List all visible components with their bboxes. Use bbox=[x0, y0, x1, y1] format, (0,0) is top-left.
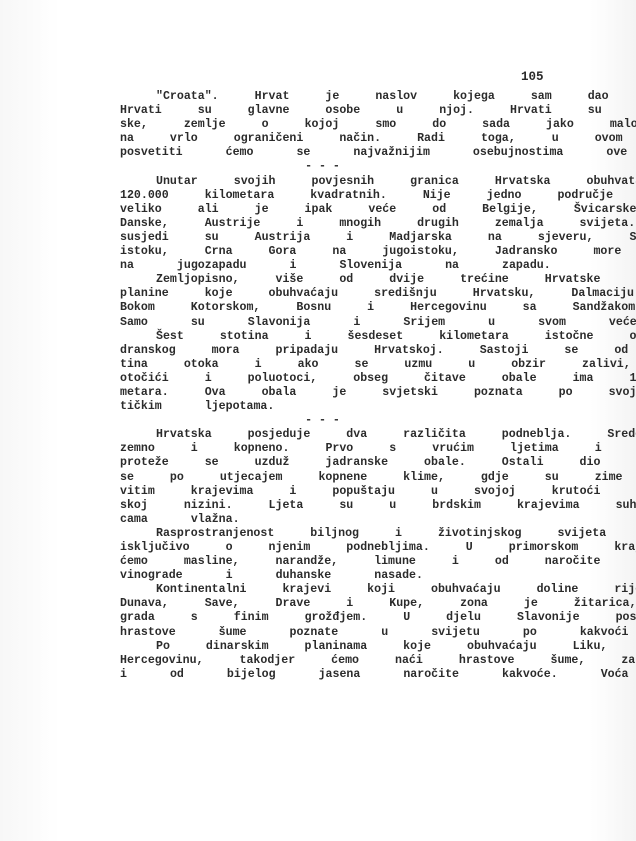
word: žitarica, bbox=[538, 597, 636, 611]
word: zime bbox=[559, 471, 623, 485]
word: vlažna. bbox=[155, 513, 240, 527]
word: u bbox=[432, 358, 475, 372]
word: dao bbox=[552, 90, 609, 104]
text-line: gradasfinimgrožđjem.UdjeluSlavonijeposto… bbox=[84, 611, 551, 625]
word: dinarskim bbox=[170, 640, 269, 654]
word: do bbox=[396, 118, 446, 132]
word: zemno bbox=[84, 442, 155, 456]
word: biljnog bbox=[274, 527, 359, 541]
paragraph: Kontinentalnikrajevikojiobuhvaćajudoline… bbox=[84, 583, 551, 639]
text-line: protežeseuzdužjadranskeobale.Ostalidioze… bbox=[84, 456, 551, 470]
word: osebujnostima bbox=[437, 146, 563, 160]
word: su bbox=[303, 499, 353, 513]
word: je bbox=[296, 386, 346, 400]
word: Prvo bbox=[289, 442, 353, 456]
word: Drave bbox=[240, 597, 311, 611]
word: su bbox=[552, 104, 602, 118]
word: istočne bbox=[509, 330, 594, 344]
word: krajevima bbox=[155, 485, 254, 499]
word: svom bbox=[502, 316, 566, 330]
word: je bbox=[488, 597, 538, 611]
text-line: zemnoikopneno.Prvosvrućimljetimaiumjeren… bbox=[84, 442, 551, 456]
text-line: vinogradeiduhanskenasade. bbox=[84, 569, 551, 583]
word: koji bbox=[331, 583, 395, 597]
word: svijeta bbox=[521, 527, 606, 541]
word: o bbox=[226, 118, 269, 132]
word: Sandžakom bbox=[537, 301, 636, 315]
word: u bbox=[452, 316, 495, 330]
word: po bbox=[487, 626, 537, 640]
text-line: Hercegovinu,takodjerćemonaćihrastovešume… bbox=[84, 654, 551, 668]
word: devet bbox=[628, 344, 636, 358]
word: Jadransko bbox=[459, 245, 558, 259]
text-line: Kontinentalnikrajevikojiobuhvaćajudoline… bbox=[84, 583, 551, 597]
word: krajevima bbox=[481, 499, 580, 513]
word: ograničeni bbox=[198, 132, 304, 146]
word: o bbox=[190, 541, 233, 555]
word: i bbox=[331, 301, 374, 315]
word: "Croata". bbox=[120, 90, 219, 104]
word: Rasprostranjenost bbox=[120, 527, 274, 541]
word: "epilogu" bbox=[623, 132, 636, 146]
word: ako bbox=[262, 358, 319, 372]
word: skoj bbox=[84, 499, 148, 513]
text-line: camavlažna. bbox=[84, 513, 551, 527]
word: kakvoće. bbox=[466, 668, 558, 682]
word: jugoistoku, bbox=[346, 245, 459, 259]
word: Po bbox=[120, 640, 170, 654]
word: područje bbox=[521, 189, 613, 203]
word: Voća bbox=[565, 668, 629, 682]
word: naslov bbox=[339, 90, 417, 104]
word: u bbox=[395, 485, 438, 499]
word: Hercegovinu, bbox=[84, 654, 204, 668]
text-line: PodinarskimplaninamakojeobuhvaćajuLiku,B… bbox=[84, 640, 551, 654]
text-line: Dunava,Save,DraveiKupe,zonaježitarica,vo… bbox=[84, 597, 551, 611]
word: Hrvatsku, bbox=[437, 287, 536, 301]
text-line: "Croata".Hrvatjenaslovkojegasamdaoovojkn… bbox=[84, 90, 551, 104]
word: metara. bbox=[84, 386, 169, 400]
text-line: navrloograničeninačin.Raditoga,uovom"epi… bbox=[84, 132, 551, 146]
text-line: najugozapaduiSlovenijanazapadu. bbox=[84, 259, 551, 273]
word: važnosti bbox=[600, 555, 636, 569]
word: poluotoci, bbox=[212, 372, 318, 386]
text-line: hrastovešumepoznateusvijetupokakvoćisvoj… bbox=[84, 626, 551, 640]
word: podnebljima. bbox=[310, 541, 430, 555]
word: kopneno. bbox=[198, 442, 290, 456]
word: hrastove bbox=[84, 626, 176, 640]
word: Švicarske, bbox=[538, 203, 636, 217]
word: primorskom bbox=[473, 541, 579, 555]
word: dio bbox=[544, 456, 601, 470]
word: i bbox=[416, 555, 459, 569]
word: veliko bbox=[84, 203, 162, 217]
word: limune bbox=[338, 555, 416, 569]
text-line: istoku,CrnaGoranajugoistoku,Jadranskomor… bbox=[84, 245, 551, 259]
word: tičkim bbox=[84, 400, 162, 414]
word: obale. bbox=[388, 456, 466, 470]
word: umjerenim bbox=[602, 442, 636, 456]
word: se bbox=[528, 344, 578, 358]
text-line: skojnizini.Ljetasuubrdskimkrajevimasuha,… bbox=[84, 499, 551, 513]
text-line: sepoutjecajemkopneneklime,gdjesuzimestud… bbox=[84, 471, 551, 485]
word: sam bbox=[495, 90, 552, 104]
word: mnogih bbox=[303, 217, 381, 231]
word: jako bbox=[613, 189, 636, 203]
text-line: dranskogmorapripadajuHrvatskoj.Sastojise… bbox=[84, 344, 551, 358]
word: Kotorskom, bbox=[155, 301, 261, 315]
word: 120.000 bbox=[84, 189, 169, 203]
word: od bbox=[134, 668, 184, 682]
text-line: Zemljopisno,višeoddvijetrećineHrvatskesu… bbox=[84, 273, 551, 287]
word: kopnene bbox=[282, 471, 367, 485]
word: jasena bbox=[283, 668, 361, 682]
word: poznate bbox=[254, 626, 339, 640]
word: kakvoći bbox=[544, 626, 629, 640]
word: rijeka bbox=[578, 583, 636, 597]
word: Bokom bbox=[84, 301, 155, 315]
word: i bbox=[621, 245, 636, 259]
word: i bbox=[559, 442, 602, 456]
word: Gora bbox=[233, 245, 297, 259]
word: planinama bbox=[269, 640, 368, 654]
word: obuhvaćaju bbox=[431, 640, 537, 654]
paragraph: Zemljopisno,višeoddvijetrećineHrvatskesu… bbox=[84, 273, 551, 329]
word: poznata bbox=[438, 386, 523, 400]
word: grožđjem. bbox=[269, 611, 368, 625]
word: studene bbox=[623, 471, 636, 485]
word: ćemo bbox=[190, 146, 254, 160]
text-line: UnutarsvojihpovjesnihgranicaHrvatskaobuh… bbox=[84, 175, 551, 189]
word: na bbox=[84, 132, 134, 146]
word: Nije bbox=[387, 189, 451, 203]
word: postoje bbox=[580, 611, 636, 625]
word: na bbox=[452, 231, 502, 245]
word: tina bbox=[84, 358, 148, 372]
word: otočići bbox=[84, 372, 169, 386]
word: veće bbox=[332, 203, 396, 217]
word: Bosnu bbox=[607, 640, 636, 654]
word: i bbox=[310, 231, 353, 245]
text-line: vitimkrajevimaipopuštajuusvojojkrutoćipr… bbox=[84, 485, 551, 499]
word: s bbox=[155, 611, 198, 625]
word: njoj. bbox=[403, 104, 474, 118]
word: Bosnu bbox=[260, 301, 331, 315]
word: naći bbox=[359, 654, 423, 668]
word: Srbija bbox=[593, 231, 636, 245]
word: trećine bbox=[424, 273, 509, 287]
word: i bbox=[190, 569, 233, 583]
paragraph: Hrvatskaposjedujedvarazličitapodneblja.S… bbox=[84, 428, 551, 527]
word: popuštaju bbox=[296, 485, 395, 499]
word: obala bbox=[226, 386, 297, 400]
word: ove bbox=[570, 146, 627, 160]
paragraph: UnutarsvojihpovjesnihgranicaHrvatskaobuh… bbox=[84, 175, 551, 274]
word: Zemljopisno, bbox=[120, 273, 240, 287]
word: drugih bbox=[381, 217, 459, 231]
word: malo bbox=[574, 118, 636, 132]
word: svojoj bbox=[438, 485, 516, 499]
word: susjedi bbox=[84, 231, 169, 245]
text-line: tinaotokaiakoseuzmuuobzirzalivi,zatoni,o… bbox=[84, 358, 551, 372]
word: mora bbox=[176, 344, 240, 358]
word: svojih bbox=[198, 175, 276, 189]
word: na bbox=[84, 259, 134, 273]
word: otoka bbox=[148, 358, 219, 372]
word: granica bbox=[374, 175, 459, 189]
word: ovisi bbox=[606, 527, 636, 541]
word: sada bbox=[446, 118, 510, 132]
word: kilometara bbox=[403, 330, 509, 344]
word: se bbox=[260, 146, 310, 160]
word: ali bbox=[162, 203, 219, 217]
word: više bbox=[240, 273, 304, 287]
word: klime, bbox=[367, 471, 445, 485]
word: Hrvatskoj. bbox=[338, 344, 444, 358]
word: stotina bbox=[184, 330, 269, 344]
word: šume bbox=[183, 626, 247, 640]
word: Ljeta bbox=[233, 499, 304, 513]
word: ske, bbox=[84, 118, 148, 132]
word: središnju bbox=[338, 287, 437, 301]
word: grada bbox=[84, 611, 155, 625]
word: zapadu. bbox=[466, 259, 551, 273]
word: posvetiti bbox=[84, 146, 183, 160]
word: U bbox=[367, 611, 410, 625]
word: vrućim bbox=[396, 442, 474, 456]
word: jako bbox=[510, 118, 574, 132]
word: ima bbox=[537, 372, 594, 386]
text-line: ske,zemljeokojojsmodosadajakomalogovoril… bbox=[84, 118, 551, 132]
word: Hrvatske bbox=[509, 273, 601, 287]
word: narandže, bbox=[240, 555, 339, 569]
word: i bbox=[84, 668, 127, 682]
word: Radi bbox=[381, 132, 445, 146]
word: zalivi, bbox=[546, 358, 631, 372]
word: s bbox=[353, 442, 396, 456]
word: bijelog bbox=[191, 668, 276, 682]
text-line: posvetitićemosenajvažnijimosebujnostimao… bbox=[84, 146, 551, 160]
word: većem bbox=[573, 316, 636, 330]
paragraph: Rasprostranjenostbiljnogiživotinjskogsvi… bbox=[84, 527, 551, 583]
word: Austrije bbox=[169, 217, 261, 231]
word: su bbox=[162, 104, 212, 118]
word: od bbox=[578, 344, 628, 358]
paragraph: Šeststotinaišesdesetkilometaraistočneoba… bbox=[84, 330, 551, 415]
word: gdje bbox=[445, 471, 509, 485]
word: po bbox=[523, 386, 573, 400]
word: su bbox=[155, 316, 205, 330]
word: svijeta. bbox=[544, 217, 636, 231]
word: koje bbox=[367, 640, 431, 654]
word: jugozapadu bbox=[141, 259, 247, 273]
word: stanovnici bbox=[602, 104, 636, 118]
word: i bbox=[359, 527, 402, 541]
text-line: 120.000kilometarakvadratnih.Nijejednopod… bbox=[84, 189, 551, 203]
word: dvije bbox=[353, 273, 424, 287]
word: vitim bbox=[84, 485, 155, 499]
text-line: metara.Ovaobalajesvjetskipoznataposvojim… bbox=[84, 386, 551, 400]
word: se bbox=[84, 471, 134, 485]
word: ovoj bbox=[609, 90, 636, 104]
word: kojoj bbox=[269, 118, 340, 132]
word: su bbox=[169, 231, 219, 245]
word: Hrvati bbox=[474, 104, 552, 118]
word: prema bbox=[600, 485, 636, 499]
word: Hercegovinu bbox=[374, 301, 487, 315]
word: nasade. bbox=[338, 569, 423, 583]
word: na bbox=[296, 245, 346, 259]
word: Kupe, bbox=[353, 597, 424, 611]
word: duhanske bbox=[240, 569, 332, 583]
word: naročite bbox=[367, 668, 459, 682]
text-line: iodbijelogjasenanaročitekakvoće.Voćaimau… bbox=[84, 668, 551, 682]
word: Slovenija bbox=[303, 259, 402, 273]
word: od bbox=[303, 273, 353, 287]
word: Slavonija bbox=[212, 316, 311, 330]
word: dranskog bbox=[84, 344, 176, 358]
word: zona bbox=[424, 597, 488, 611]
body-text: "Croata".Hrvatjenaslovkojegasamdaoovojkn… bbox=[84, 90, 551, 682]
word: u bbox=[353, 499, 396, 513]
word: Hrvat bbox=[219, 90, 290, 104]
word: toga, bbox=[445, 132, 516, 146]
word: finim bbox=[198, 611, 269, 625]
word: hrastove bbox=[423, 654, 515, 668]
word: Ostali bbox=[466, 456, 544, 470]
text-line: ćemomasline,narandže,limuneiodnaročiteva… bbox=[84, 555, 551, 569]
word: i bbox=[254, 259, 297, 273]
text-line: susjedisuAustrijaiMadjarskanasjeveru,Srb… bbox=[84, 231, 551, 245]
text-line: Hrvatisuglavneosobeunjoj.Hrvatisustanovn… bbox=[84, 104, 551, 118]
word: osobe bbox=[289, 104, 360, 118]
word: od bbox=[396, 203, 446, 217]
word: Danske, bbox=[84, 217, 169, 231]
word: Slavonije bbox=[481, 611, 580, 625]
word: suha, bbox=[580, 499, 636, 513]
word: sa bbox=[487, 301, 537, 315]
word: nizini. bbox=[148, 499, 233, 513]
word: kojega bbox=[417, 90, 495, 104]
text-line: Šeststotinaišesdesetkilometaraistočneoba… bbox=[84, 330, 551, 344]
word: kvadratnih. bbox=[274, 189, 387, 203]
word: more bbox=[557, 245, 621, 259]
word: ljetima bbox=[474, 442, 559, 456]
word: Madjarska bbox=[353, 231, 452, 245]
word: Belgije, bbox=[446, 203, 538, 217]
word: i bbox=[155, 442, 198, 456]
word: proteže bbox=[84, 456, 169, 470]
section-separator: - - - bbox=[84, 160, 551, 174]
word: u bbox=[360, 104, 403, 118]
word: pripadaju bbox=[240, 344, 339, 358]
word: Unutar bbox=[120, 175, 198, 189]
word: i bbox=[253, 485, 296, 499]
word: povjesnih bbox=[276, 175, 375, 189]
word: njenim bbox=[233, 541, 311, 555]
word: obuhvaćaju bbox=[395, 583, 501, 597]
word: po bbox=[134, 471, 184, 485]
word: i bbox=[260, 217, 303, 231]
word: u bbox=[345, 626, 388, 640]
word: obale bbox=[593, 330, 636, 344]
word: ovom bbox=[559, 132, 623, 146]
word: kraju bbox=[578, 541, 636, 555]
word: uzmu bbox=[368, 358, 432, 372]
word: obuhvata bbox=[551, 175, 636, 189]
word: vrlo bbox=[134, 132, 198, 146]
word: i bbox=[269, 330, 312, 344]
word: isključivo bbox=[84, 541, 190, 555]
word: istoku, bbox=[84, 245, 169, 259]
word: koje bbox=[169, 287, 233, 301]
paragraph: PodinarskimplaninamakojeobuhvaćajuLiku,B… bbox=[84, 640, 551, 682]
word: i bbox=[169, 372, 212, 386]
word: čitave bbox=[388, 372, 466, 386]
word: uzduž bbox=[219, 456, 290, 470]
text-line: Rasprostranjenostbiljnogiživotinjskogsvi… bbox=[84, 527, 551, 541]
word: obale bbox=[466, 372, 537, 386]
word: zemlje bbox=[600, 456, 636, 470]
word: Dunava, bbox=[84, 597, 169, 611]
word: Crna bbox=[169, 245, 233, 259]
word: i bbox=[317, 316, 360, 330]
word: Save, bbox=[169, 597, 240, 611]
word: Kontinentalni bbox=[120, 583, 246, 597]
word: Srijem bbox=[367, 316, 445, 330]
word: u bbox=[516, 132, 559, 146]
word: U bbox=[430, 541, 473, 555]
word: šume, bbox=[515, 654, 586, 668]
word: Hrvatska bbox=[120, 428, 212, 442]
word: zatoni, bbox=[631, 358, 636, 372]
word: smo bbox=[339, 118, 396, 132]
word: glavne bbox=[212, 104, 290, 118]
word: Hrvatska bbox=[459, 175, 551, 189]
word: način. bbox=[303, 132, 381, 146]
word: Liku, bbox=[537, 640, 608, 654]
word: ljepotama. bbox=[169, 400, 275, 414]
word: obseg bbox=[317, 372, 388, 386]
word: su bbox=[509, 471, 559, 485]
text-line: otočićiipoluotoci,obsegčitaveobaleima1.5… bbox=[84, 372, 551, 386]
word: Samo bbox=[84, 316, 148, 330]
text-line: Danske,Austrijeimnogihdrugihzemaljasvije… bbox=[84, 217, 551, 231]
word: naročite bbox=[509, 555, 601, 569]
word: doline bbox=[501, 583, 579, 597]
text-line: isključivoonjenimpodnebljima.Uprimorskom… bbox=[84, 541, 551, 555]
text-line: tičkimljepotama. bbox=[84, 400, 551, 414]
text-line: BokomKotorskom,BosnuiHercegovinusaSandža… bbox=[84, 301, 551, 315]
word: takodjer bbox=[204, 654, 296, 668]
word: obuhvaćaju bbox=[233, 287, 339, 301]
word: i bbox=[219, 358, 262, 372]
word: svijetu bbox=[395, 626, 480, 640]
word: najvažnijim bbox=[317, 146, 430, 160]
word: od bbox=[459, 555, 509, 569]
word: djelu bbox=[410, 611, 481, 625]
word: Ova bbox=[169, 386, 226, 400]
word: Sredo- bbox=[571, 428, 636, 442]
word: se bbox=[318, 358, 368, 372]
paragraph: "Croata".Hrvatjenaslovkojegasamdaoovojkn… bbox=[84, 90, 551, 160]
page-number: 105 bbox=[521, 70, 544, 84]
word: su bbox=[600, 273, 636, 287]
word: ipak bbox=[269, 203, 333, 217]
word: svjetski bbox=[346, 386, 438, 400]
word: jedno bbox=[451, 189, 522, 203]
word: obzir bbox=[475, 358, 546, 372]
